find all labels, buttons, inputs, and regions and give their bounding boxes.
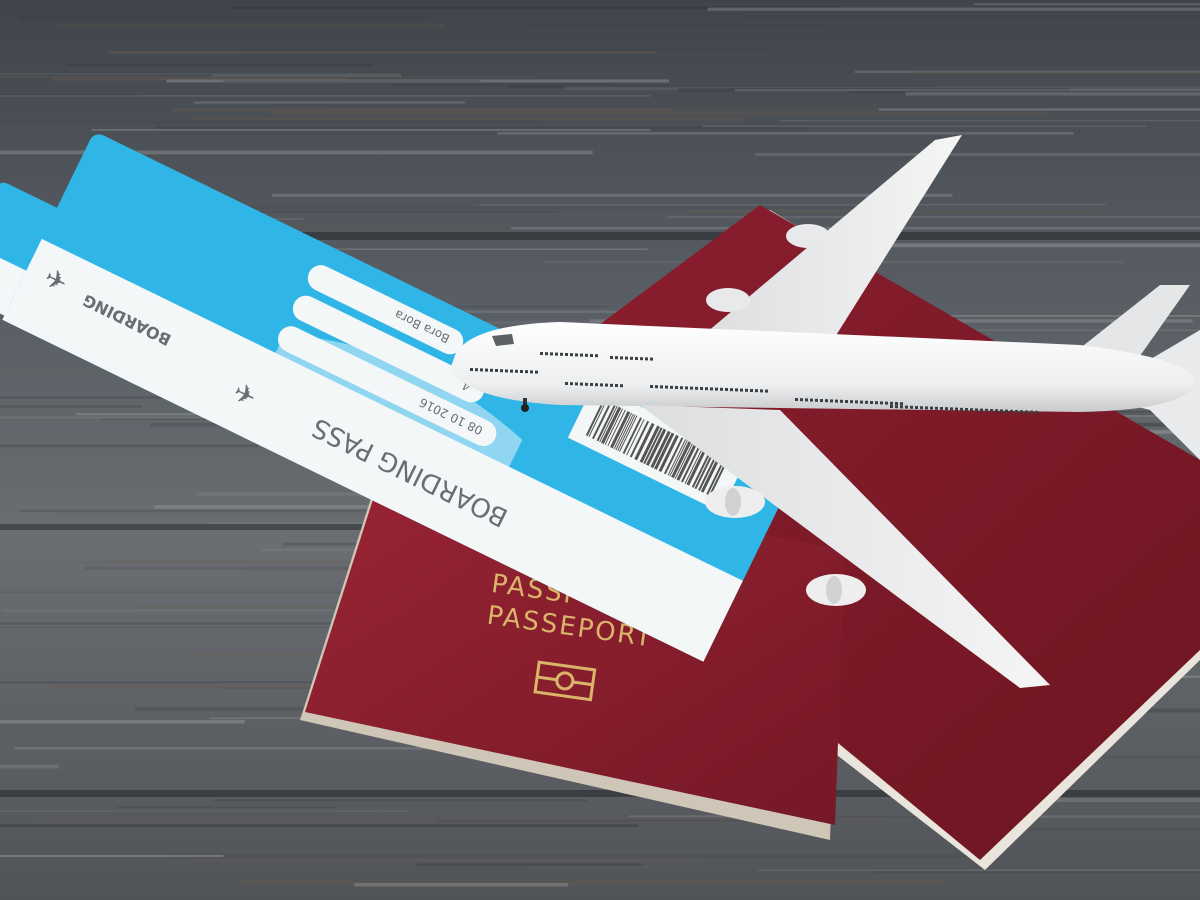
travel-photo: PASSEPORT PASSPORT PASSEPORT Emma Smith … [0, 0, 1200, 900]
photo-canvas: PASSEPORT PASSPORT PASSEPORT Emma Smith … [0, 0, 1200, 900]
